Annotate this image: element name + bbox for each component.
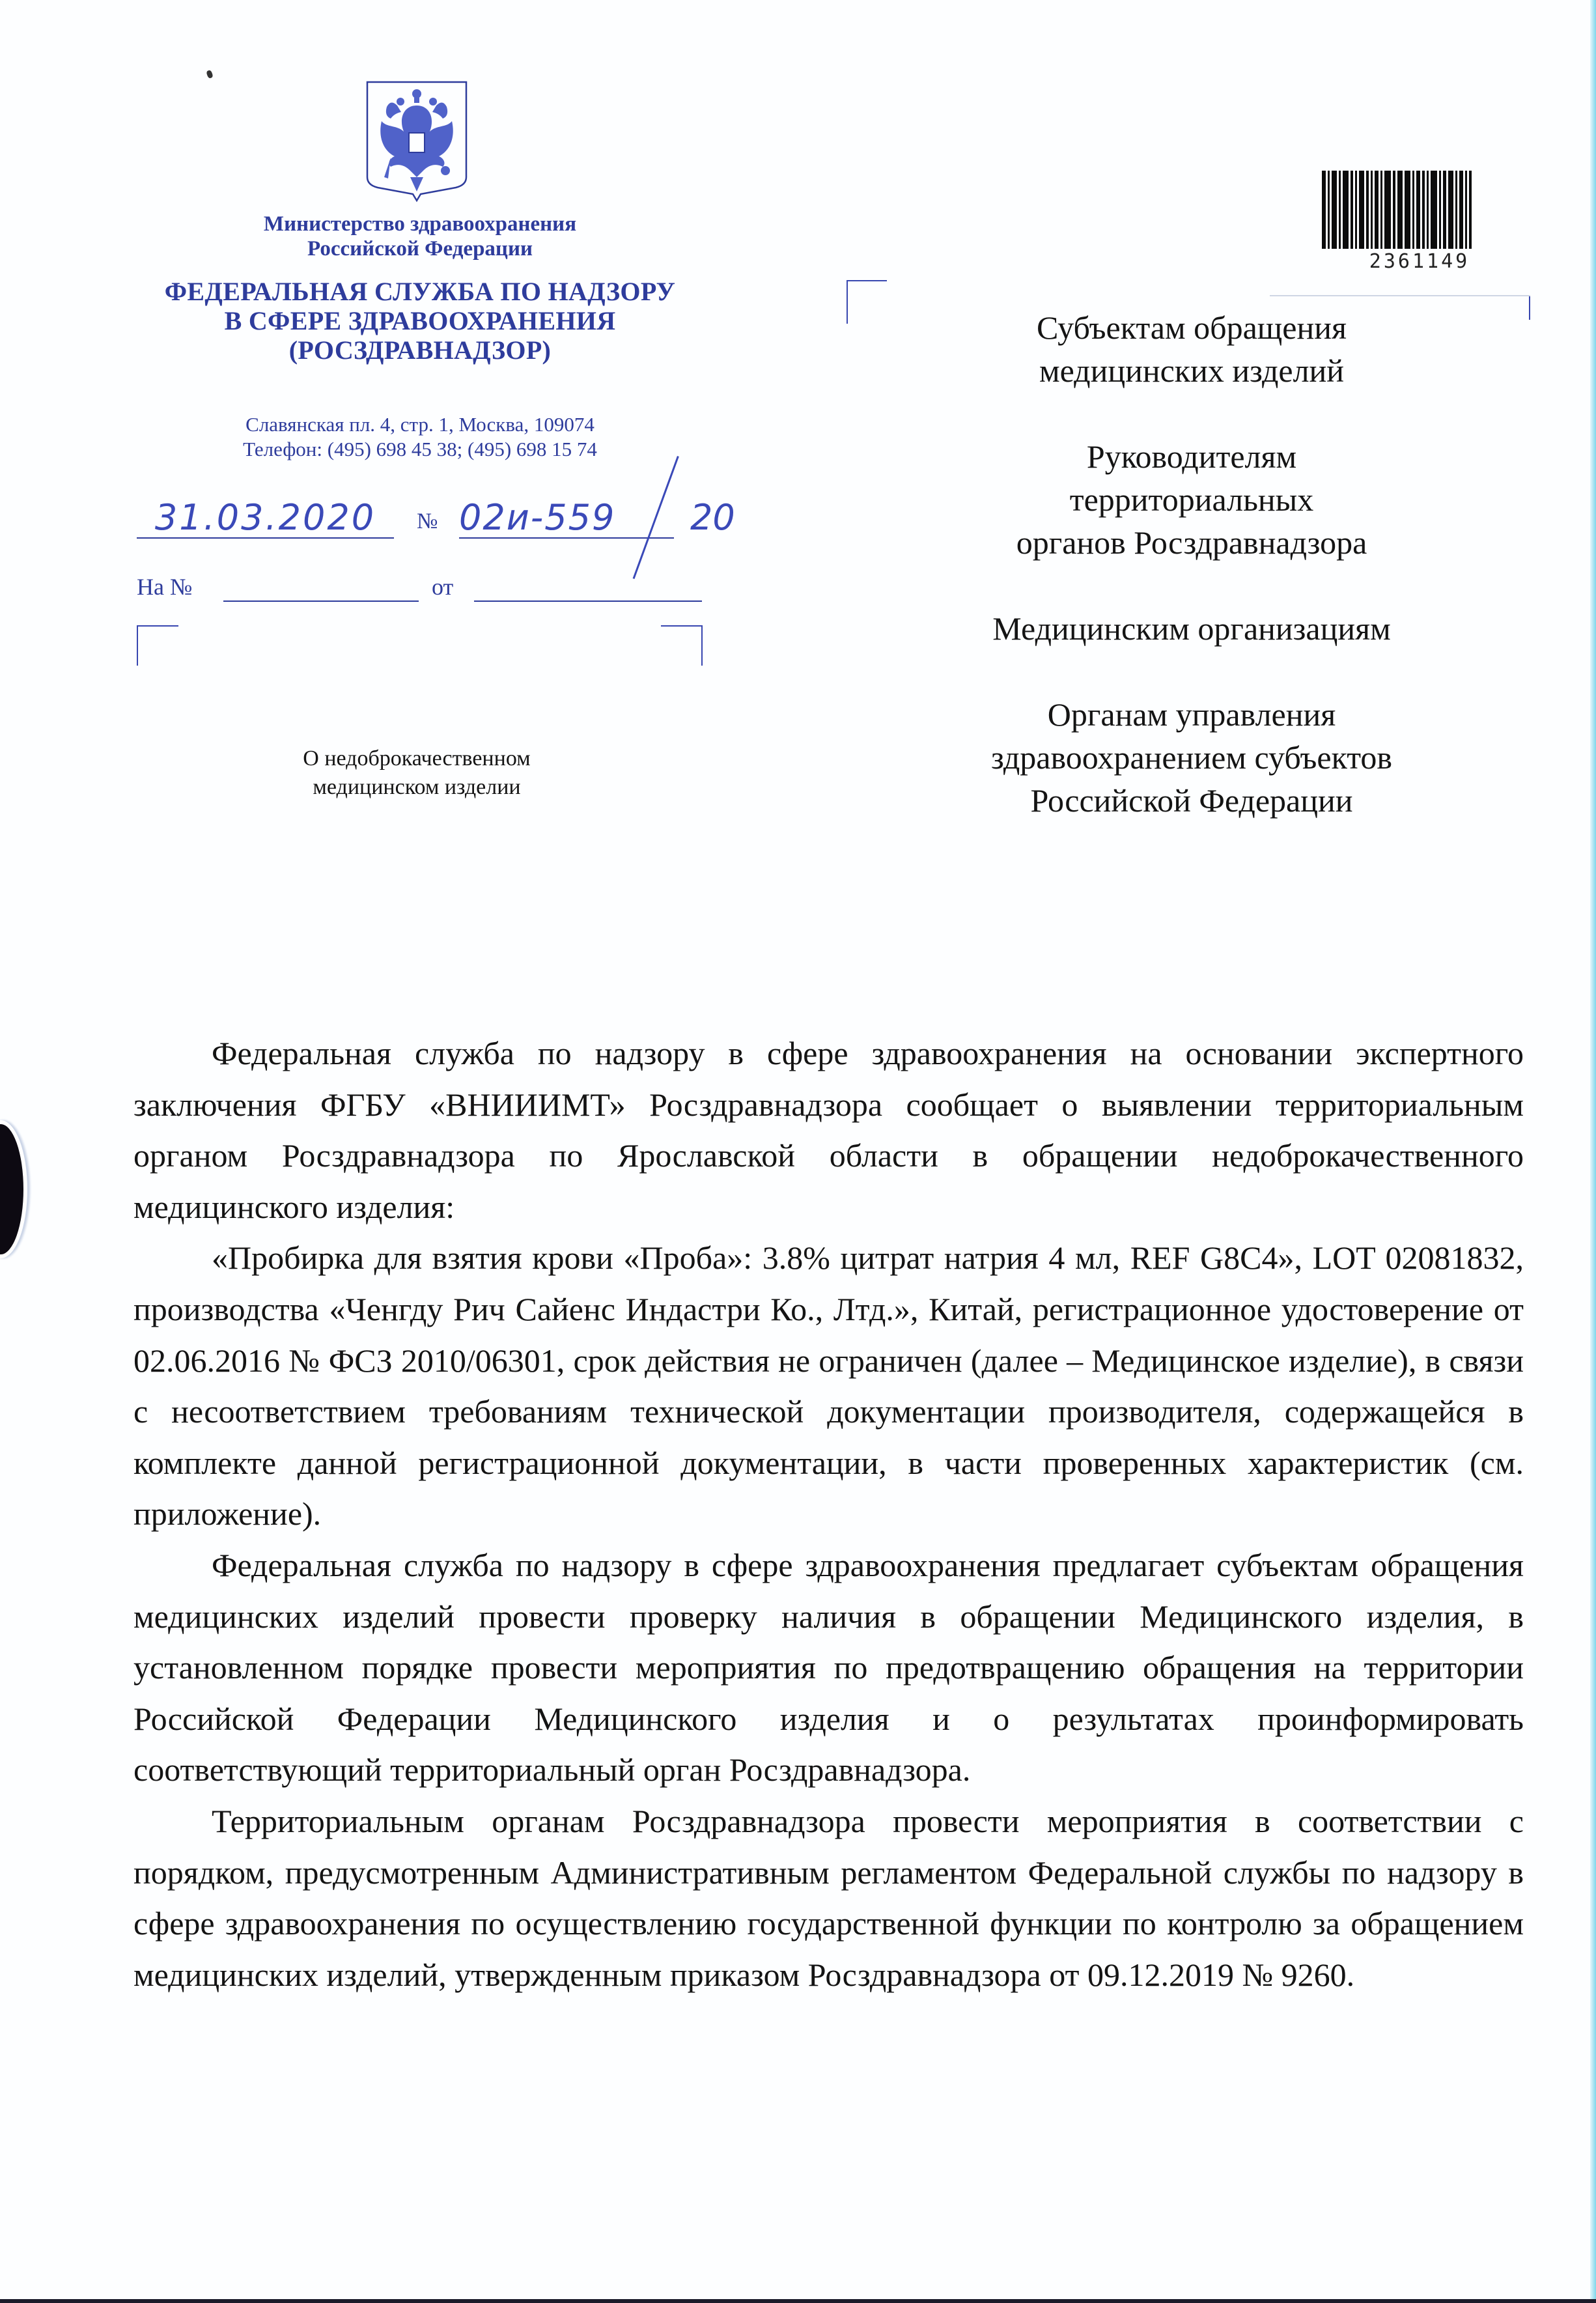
- reply-number-field: [223, 600, 419, 602]
- addressee-line: Руководителям: [905, 435, 1478, 478]
- body-paragraph: Федеральная служба по надзору в сфере зд…: [133, 1540, 1524, 1796]
- ink-speck: [206, 70, 214, 79]
- barcode: [1322, 171, 1517, 249]
- scan-edge-right: [1590, 0, 1596, 2303]
- reply-from-label: от: [432, 573, 453, 600]
- reply-to-label: На №: [137, 573, 192, 600]
- addressee-group: Руководителям территориальных органов Ро…: [905, 435, 1478, 564]
- letter-body: Федеральная служба по надзору в сфере зд…: [133, 1028, 1524, 2000]
- subject-bracket-right: [661, 625, 703, 666]
- addressee-line: органов Росздравнадзора: [905, 521, 1478, 564]
- registration-date: 31.03.2020: [137, 498, 394, 539]
- scan-edge-bottom: [0, 2299, 1596, 2303]
- reply-date-field: [474, 600, 702, 602]
- addressee-line: медицинских изделий: [905, 349, 1478, 392]
- addressee-line: территориальных: [905, 478, 1478, 521]
- addressee-group: Медицинским организациям: [905, 607, 1478, 650]
- agency-line-2: В СФЕРЕ ЗДРАВООХРАНЕНИЯ: [124, 306, 716, 335]
- addressee-line: Медицинским организациям: [905, 607, 1478, 650]
- body-paragraph: Федеральная служба по надзору в сфере зд…: [133, 1028, 1524, 1232]
- agency-line-1: ФЕДЕРАЛЬНАЯ СЛУЖБА ПО НАДЗОРУ: [124, 277, 716, 306]
- addressee-line: здравоохранением субъектов: [905, 736, 1478, 779]
- ministry-name: Министерство здравоохранения Российской …: [150, 212, 690, 261]
- addressee-line: Российской Федерации: [905, 779, 1478, 822]
- subject-bracket-left: [137, 625, 178, 666]
- ministry-line-1: Министерство здравоохранения: [150, 212, 690, 236]
- subject-line-1: О недоброкачественном: [215, 744, 619, 773]
- agency-name: ФЕДЕРАЛЬНАЯ СЛУЖБА ПО НАДЗОРУ В СФЕРЕ ЗД…: [124, 277, 716, 365]
- letter-subject: О недоброкачественном медицинском издели…: [215, 744, 619, 802]
- registration-number-suffix: 20: [690, 498, 735, 537]
- addressee-bracket-left: [847, 280, 887, 324]
- registration-number: 02и-559: [459, 498, 674, 539]
- address-line: Славянская пл. 4, стр. 1, Москва, 109074: [150, 412, 690, 437]
- body-paragraph: «Пробирка для взятия крови «Проба»: 3.8%…: [133, 1232, 1524, 1540]
- agency-address: Славянская пл. 4, стр. 1, Москва, 109074…: [150, 412, 690, 462]
- russian-coat-of-arms-icon: [365, 79, 469, 203]
- ministry-line-2: Российской Федерации: [150, 236, 690, 261]
- addressee-line: Субъектам обращения: [905, 306, 1478, 349]
- divider: [1270, 295, 1530, 296]
- subject-line-2: медицинском изделии: [215, 773, 619, 802]
- punch-hole-mark: [0, 1120, 27, 1258]
- agency-line-3: (РОСЗДРАВНАДЗОР): [124, 335, 716, 365]
- addressee-group: Органам управления здравоохранением субъ…: [905, 693, 1478, 822]
- barcode-number: 2361149: [1322, 250, 1517, 273]
- body-paragraph: Территориальным органам Росздравнадзора …: [133, 1796, 1524, 2000]
- addressee-bracket-right: [1529, 296, 1530, 320]
- addressee-line: Органам управления: [905, 693, 1478, 736]
- number-sign: №: [417, 509, 438, 534]
- phone-line: Телефон: (495) 698 45 38; (495) 698 15 7…: [150, 437, 690, 462]
- addressee-block: Субъектам обращения медицинских изделий …: [905, 306, 1478, 822]
- addressee-group: Субъектам обращения медицинских изделий: [905, 306, 1478, 392]
